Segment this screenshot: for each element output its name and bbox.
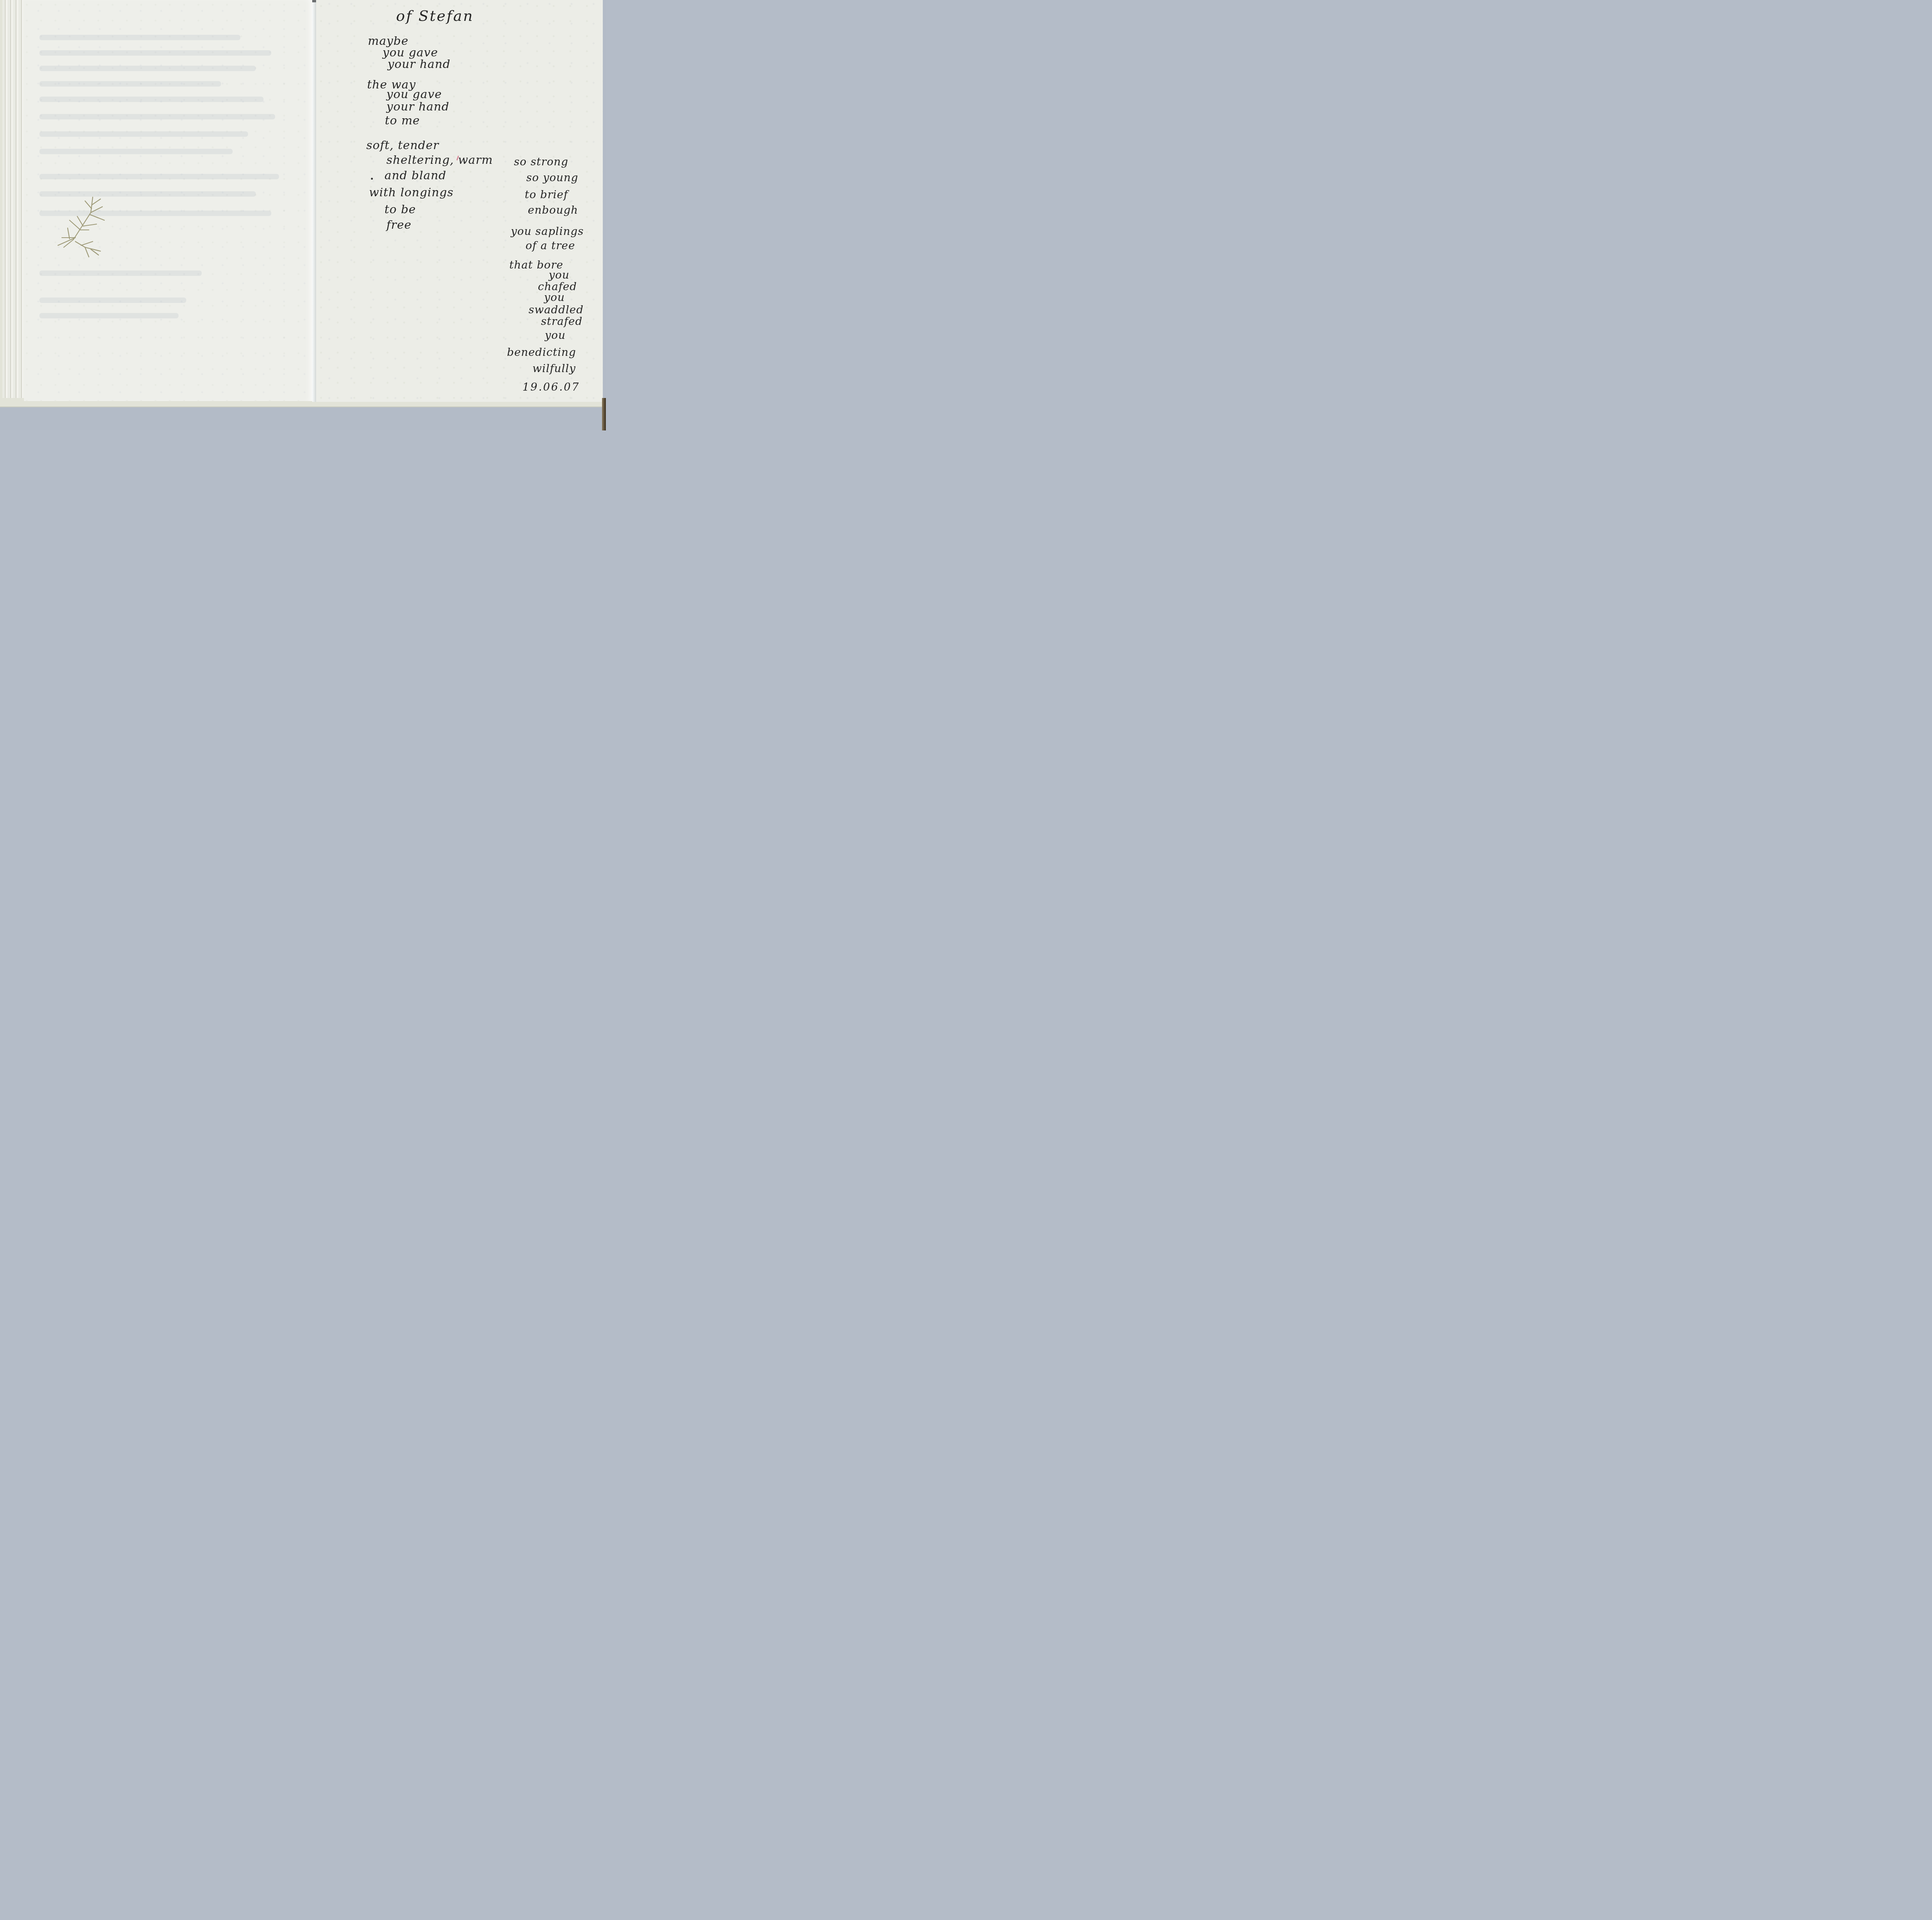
poem-line: so young	[526, 172, 578, 183]
poem-line: you	[549, 270, 570, 281]
poem-line: you saplings	[511, 226, 584, 237]
poem-line: so strong	[514, 156, 568, 167]
poem-line: enbough	[528, 205, 578, 216]
poem-line: your hand	[388, 59, 451, 70]
show-through-text	[39, 313, 179, 318]
ink-dot	[371, 178, 373, 180]
cover-binding-edge	[602, 398, 606, 430]
show-through-text	[39, 174, 279, 179]
poem-line: to brief	[525, 189, 568, 200]
show-through-text	[39, 66, 256, 71]
poem-line: with longings	[369, 187, 454, 199]
show-through-text	[39, 97, 264, 102]
poem-line: of a tree	[526, 240, 575, 251]
poem-line: free	[386, 219, 412, 231]
show-through-text	[39, 131, 248, 137]
poem-date: 19.06.07	[522, 382, 580, 393]
show-through-text	[39, 81, 221, 87]
poem-line: you	[545, 330, 566, 341]
poem-line: to be	[384, 204, 416, 216]
show-through-text	[39, 35, 240, 40]
poem-line: soft, tender	[366, 140, 439, 151]
pressed-fern-sprig-icon	[46, 193, 112, 259]
show-through-text	[39, 149, 233, 154]
show-through-text	[39, 114, 275, 119]
show-through-text	[39, 50, 271, 56]
poem-line: you gave	[383, 47, 438, 59]
poem-line: maybe	[368, 36, 408, 47]
poem-line: strafed	[541, 316, 583, 327]
poem-line: sheltering, warm	[386, 155, 493, 166]
poem-line: and bland	[384, 170, 446, 182]
show-through-text	[39, 270, 202, 276]
show-through-text	[39, 298, 186, 303]
poem-line: you gave	[386, 89, 442, 100]
poem-line: swaddled	[529, 304, 583, 315]
poem-line: to me	[385, 115, 420, 127]
right-page	[316, 0, 603, 402]
poem-title: of Stefan	[396, 9, 474, 23]
poem-line: your hand	[386, 101, 449, 113]
poem-line: wilfully	[532, 363, 576, 374]
page-stack-edges	[2, 0, 24, 398]
poem-line: you	[544, 292, 565, 303]
poem-line: benedicting	[507, 347, 576, 358]
poem-line: chafed	[538, 281, 577, 292]
